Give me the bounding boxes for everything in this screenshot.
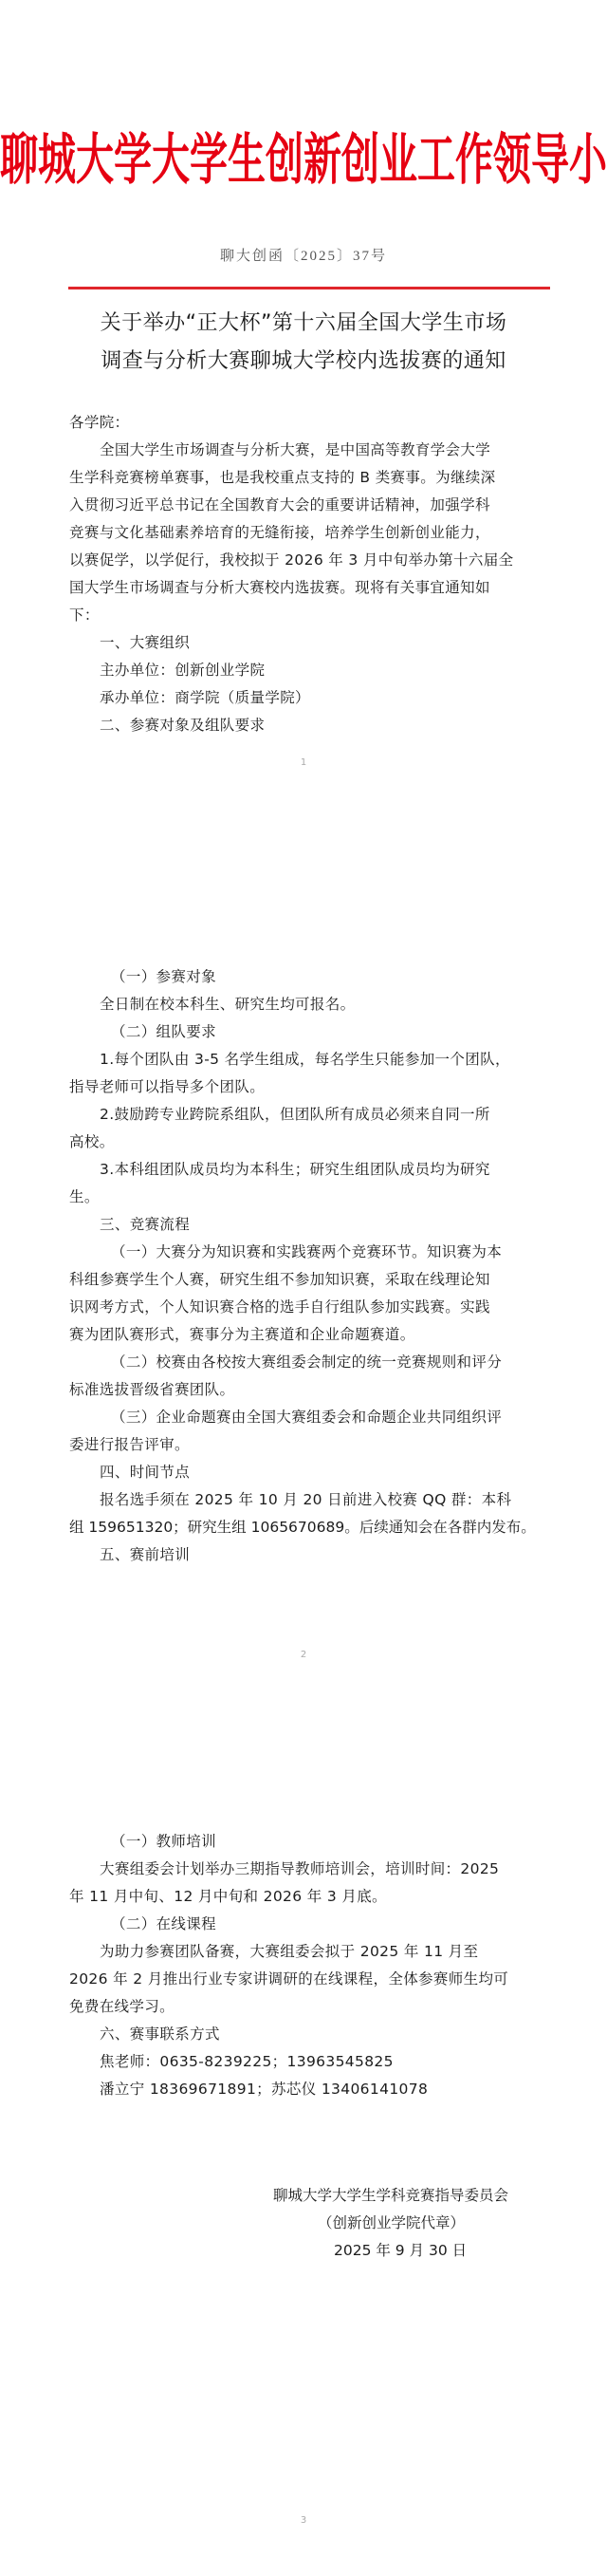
page-number: 3 xyxy=(0,2515,607,2526)
page-number: 2 xyxy=(0,1650,607,1660)
page-number: 1 xyxy=(0,757,607,768)
notice-title-line-1: 关于举办“正大杯”第十六届全国大学生市场 xyxy=(0,307,607,336)
contact-line: 潘立宁 18369671891；苏芯仪 13406141078 xyxy=(100,2080,428,2099)
intro-line: 下： xyxy=(69,606,100,625)
signature-date: 2025 年 9 月 30 日 xyxy=(334,2239,524,2260)
process-paragraph-2: （二）校赛由各校按大赛组委会制定的统一竞赛规则和评分 xyxy=(111,1353,502,1372)
process-paragraph-2: 标准选拔晋级省赛团队。 xyxy=(69,1380,234,1399)
organizer-unit: 承办单位：商学院（质量学院） xyxy=(100,688,310,707)
section-heading-eligibility: 二、参赛对象及组队要求 xyxy=(100,716,265,735)
process-paragraph-3: （三）企业命题赛由全国大赛组委会和命题企业共同组织评 xyxy=(111,1408,502,1427)
section-heading-training: 五、赛前培训 xyxy=(100,1545,190,1564)
issuing-org-header: 聊城大学大学生创新创业工作领导小组 xyxy=(0,133,607,188)
process-paragraph-1: 识网考方式，个人知识赛合格的选手自行组队参加实践赛。实践 xyxy=(69,1297,490,1316)
subheading-team-requirements: （二）组队要求 xyxy=(111,1022,216,1041)
salutation: 各学院： xyxy=(69,413,129,432)
intro-line: 国大学生市场调查与分析大赛校内选拔赛。现将有关事宜通知如 xyxy=(69,578,490,597)
section-heading-timeline: 四、时间节点 xyxy=(100,1463,190,1482)
notice-title-line-2: 调查与分析大赛聊城大学校内选拔赛的通知 xyxy=(0,345,607,374)
participants-text: 全日制在校本科生、研究生均可报名。 xyxy=(100,995,355,1014)
team-rule-1: 指导老师可以指导多个团队。 xyxy=(69,1077,265,1096)
red-header-divider xyxy=(68,287,550,289)
teacher-training-text: 大赛组委会计划举办三期指导教师培训会，培训时间：2025 xyxy=(100,1859,499,1878)
online-course-text: 免费在线学习。 xyxy=(69,1997,175,2016)
section-heading-contact: 六、赛事联系方式 xyxy=(100,2025,220,2044)
team-rule-2: 2.鼓励跨专业跨院系组队，但团队所有成员必须来自同一所 xyxy=(100,1105,490,1124)
team-rule-1: 1.每个团队由 3-5 名学生组成，每名学生只能参加一个团队， xyxy=(100,1050,510,1069)
team-rule-3: 生。 xyxy=(69,1187,100,1206)
timeline-text: 报名选手须在 2025 年 10 月 20 日前进入校赛 QQ 群：本科 xyxy=(100,1490,511,1509)
section-heading-organization: 一、大赛组织 xyxy=(100,633,190,652)
intro-line: 全国大学生市场调查与分析大赛，是中国高等教育学会大学 xyxy=(100,440,490,459)
subheading-teacher-training: （一）教师培训 xyxy=(111,1832,216,1851)
intro-line: 以赛促学，以学促行，我校拟于 2026 年 3 月中旬举办第十六届全 xyxy=(69,551,513,569)
document-number: 聊大创函〔2025〕37号 xyxy=(0,245,607,265)
process-paragraph-1: 科组参赛学生个人赛，研究生组不参加知识赛，采取在线理论知 xyxy=(69,1270,490,1289)
process-paragraph-1: 赛为团队赛形式，赛事分为主赛道和企业命题赛道。 xyxy=(69,1325,415,1344)
signature-seal-note: （创新创业学院代章） xyxy=(318,2212,507,2232)
process-paragraph-3: 委进行报告评审。 xyxy=(69,1435,190,1454)
intro-line: 生学科竞赛榜单赛事，也是我校重点支持的 B 类赛事。为继续深 xyxy=(69,468,496,487)
host-unit: 主办单位：创新创业学院 xyxy=(100,661,265,680)
contact-line: 焦老师：0635-8239225；13963545825 xyxy=(100,2052,394,2071)
subheading-online-course: （二）在线课程 xyxy=(111,1914,216,1933)
teacher-training-text: 年 11 月中旬、12 月中旬和 2026 年 3 月底。 xyxy=(69,1887,387,1906)
section-heading-process: 三、竞赛流程 xyxy=(100,1215,190,1234)
online-course-text: 为助力参赛团队备赛，大赛组委会拟于 2025 年 11 月至 xyxy=(100,1942,478,1961)
online-course-text: 2026 年 2 月推出行业专家讲调研的在线课程，全体参赛师生均可 xyxy=(69,1969,508,1988)
subheading-participants: （一）参赛对象 xyxy=(111,967,216,986)
timeline-text: 组 159651320；研究生组 1065670689。后续通知会在各群内发布。 xyxy=(69,1518,536,1537)
intro-line: 竞赛与文化基础素养培育的无缝衔接，培养学生创新创业能力， xyxy=(69,523,490,542)
signature-committee: 聊城大学大学生学科竞赛指导委员会 xyxy=(237,2184,607,2205)
intro-line: 入贯彻习近平总书记在全国教育大会的重要讲话精神，加强学科 xyxy=(69,495,490,514)
team-rule-3: 3.本科组团队成员均为本科生；研究生组团队成员均为研究 xyxy=(100,1160,490,1179)
process-paragraph-1: （一）大赛分为知识赛和实践赛两个竞赛环节。知识赛为本 xyxy=(111,1242,502,1261)
team-rule-2: 高校。 xyxy=(69,1132,115,1151)
